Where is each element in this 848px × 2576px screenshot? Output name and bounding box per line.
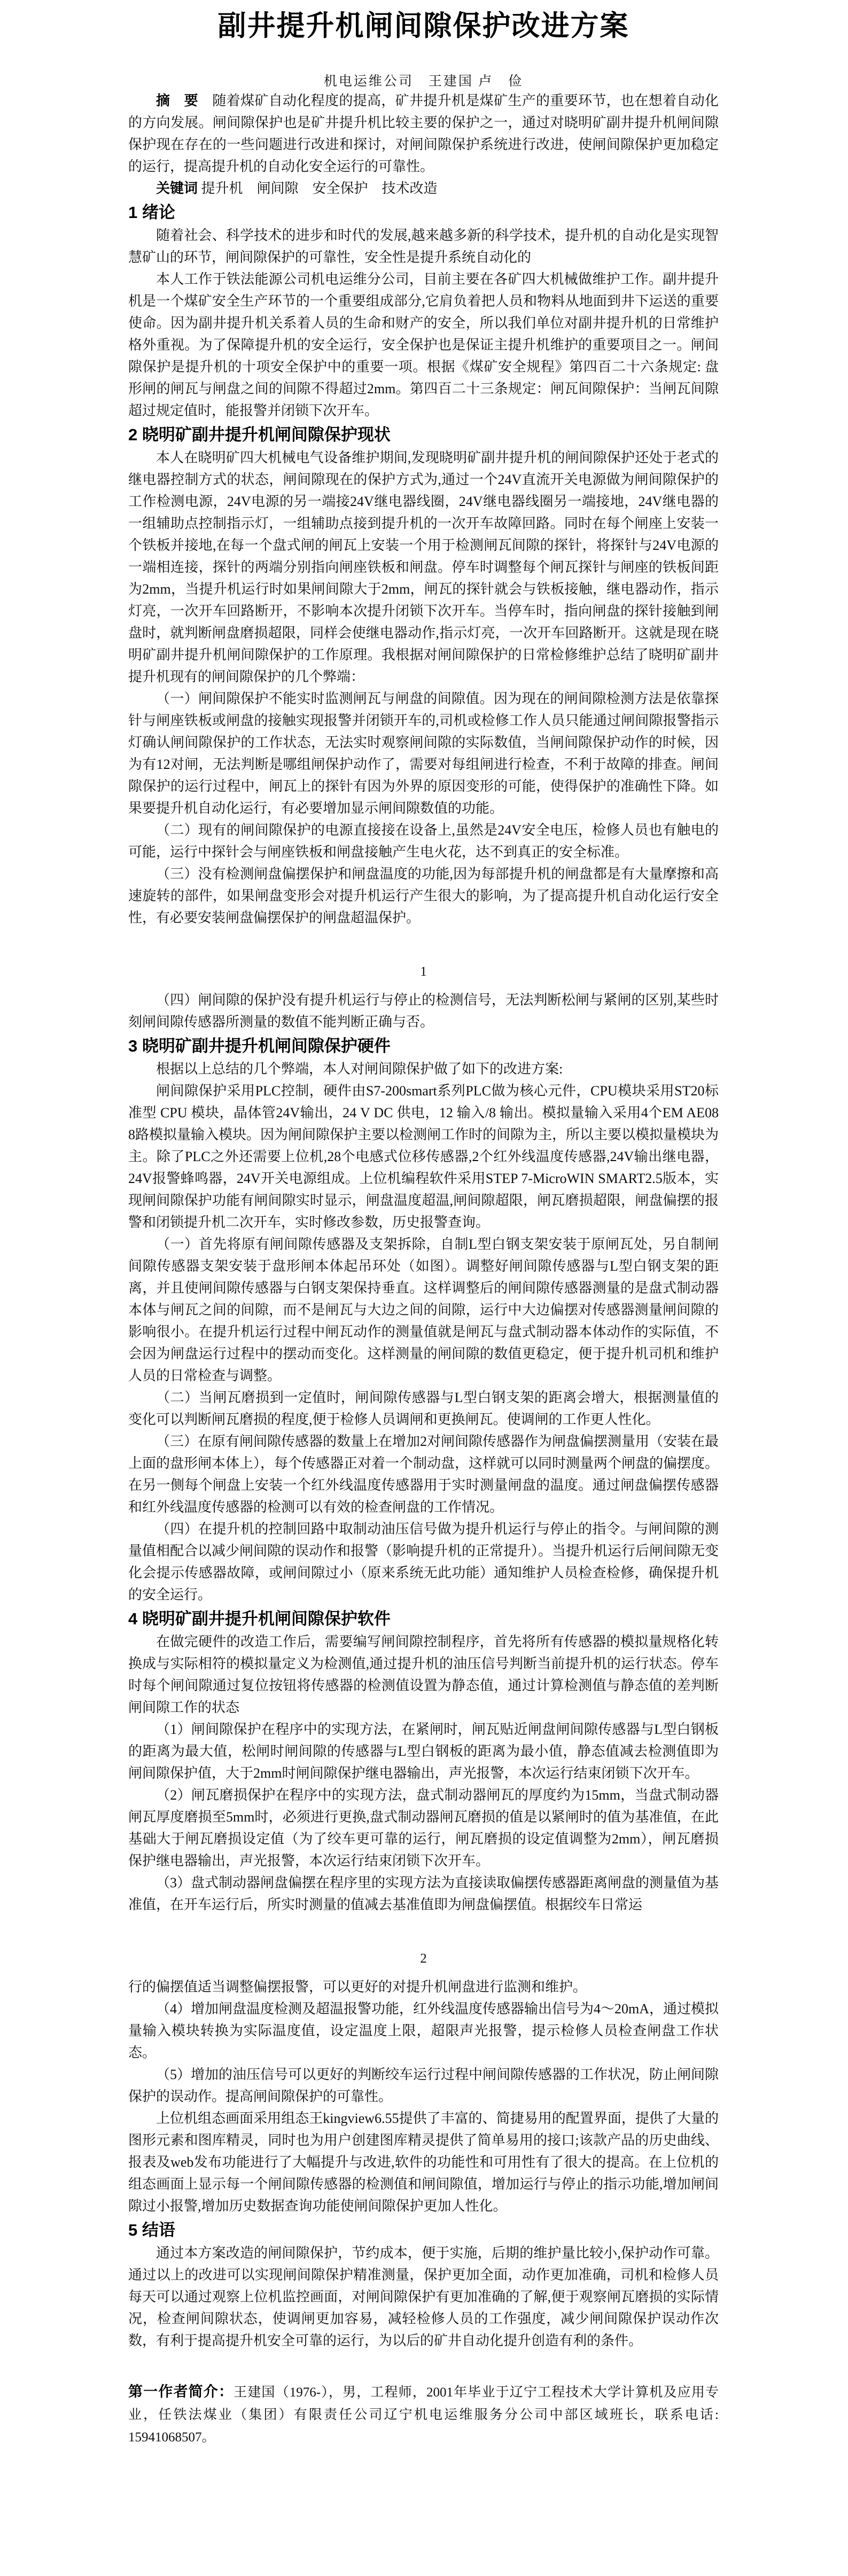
abstract-label: 摘 要 (156, 92, 198, 108)
paragraph: （三）在原有闸间隙传感器的数量上在增加2对闸间隙传感器作为闸盘偏摆测量用（安装在… (128, 1430, 719, 1518)
section-2-heading: 2 晓明矿副井提升机闸间隙保护现状 (128, 423, 719, 447)
paragraph: （一）闸间隙保护不能实时监测闸瓦与闸盘的间隙值。因为现在的闸间隙检测方法是依靠探… (128, 688, 719, 819)
paragraph: （二）当闸瓦磨损到一定值时，闸间隙传感器与L型白钢支架的距离会增大，根据测量值的… (128, 1387, 719, 1430)
paragraph: （4）增加闸盘温度检测及超温报警功能，红外线温度传感器输出信号为4～20mA，通… (128, 1998, 719, 2064)
paragraph: （四）在提升机的控制回路中取制动油压信号做为提升机运行与停止的指令。与闸间隙的测… (128, 1518, 719, 1606)
section-4-heading: 4 晓明矿副井提升机闸间隙保护软件 (128, 1607, 719, 1631)
keywords-line: 关键词 提升机 闸间隙 安全保护 技术改造 (128, 177, 719, 199)
author-bio: 第一作者简介：王建国（1976-），男，工程师，2001年毕业于辽宁工程技术大学… (128, 2380, 719, 2449)
paragraph: （1）闸间隙保护在程序中的实现方法，在紧闸时，闸瓦贴近闸盘闸间隙传感器与L型白钢… (128, 1718, 719, 1784)
section-5-heading: 5 结语 (128, 2218, 719, 2242)
paragraph: （四）闸间隙的保护没有提升机运行与停止的检测信号，无法判断松闸与紧闸的区别,某些… (128, 989, 719, 1033)
page-number-1: 1 (128, 961, 719, 983)
keywords-text: 提升机 闸间隙 安全保护 技术改造 (201, 181, 438, 196)
section-1-heading: 1 绪论 (128, 200, 719, 224)
paragraph: 通过本方案改造的闸间隙保护，节约成本，便于实施，后期的维护量比较小,保护动作可靠… (128, 2242, 719, 2352)
paragraph: 闸间隙保护采用PLC控制，硬件由S7-200smart系列PLC做为核心元件，C… (128, 1080, 719, 1233)
paragraph: 上位机组态画面采用组态王kingview6.55提供了丰富的、简捷易用的配置界面… (128, 2107, 719, 2217)
abstract-text: 随着煤矿自动化程度的提高，矿井提升机是煤矿生产的重要环节，也在想着自动化的方向发… (128, 93, 719, 174)
paragraph: （3）盘式制动器闸盘偏摆在程序里的实现方法为直接读取偏摆传感器距离闸盘的测量值为… (128, 1872, 719, 1916)
paragraph: 根据以上总结的几个弊端，本人对闸间隙保护做了如下的改进方案: (128, 1058, 719, 1080)
paragraph: 本人在晓明矿四大机械电气设备维护期间,发现晓明矿副井提升机的闸间隙保护还处于老式… (128, 447, 719, 688)
paragraph: 在做完硬件的改造工作后，需要编写闸间隙控制程序，首先将所有传感器的模拟量规格化转… (128, 1631, 719, 1718)
section-3-heading: 3 晓明矿副井提升机闸间隙保护硬件 (128, 1034, 719, 1058)
paragraph: 本人工作于铁法能源公司机电运维分公司，目前主要在各矿四大机械做维护工作。副井提升… (128, 268, 719, 422)
page-number-2: 2 (128, 1948, 719, 1970)
paragraph: （一）首先将原有闸间隙传感器及支架拆除，自制L型白钢支架安装于原闸瓦处，另自制闸… (128, 1233, 719, 1387)
document-page: 副井提升机闸间隙保护改进方案 机电运维公司 王建国 卢 俭 摘 要 随着煤矿自动… (0, 0, 848, 2576)
page-title: 副井提升机闸间隙保护改进方案 (128, 10, 719, 43)
paragraph: （2）闸瓦磨损保护在程序中的实现方法，盘式制动器闸瓦的厚度约为15mm，当盘式制… (128, 1784, 719, 1872)
paragraph: （二）现有的闸间隙保护的电源直接接在设备上,虽然是24V安全电压，检修人员也有触… (128, 819, 719, 863)
paragraph-continuation: 行的偏摆值适当调整偏摆报警，可以更好的对提升机闸盘进行监测和维护。 (128, 1976, 719, 1998)
abstract-paragraph: 摘 要 随着煤矿自动化程度的提高，矿井提升机是煤矿生产的重要环节，也在想着自动化… (128, 90, 719, 177)
author-bio-label: 第一作者简介： (128, 2384, 234, 2400)
paragraph: （5）增加的油压信号可以更好的判断绞车运行过程中闸间隙传感器的工作状况，防止闸间… (128, 2064, 719, 2107)
paragraph: （三）没有检测闸盘偏摆保护和闸盘温度的功能,因为每部提升机的闸盘都是有大量摩擦和… (128, 863, 719, 929)
paragraph: 随着社会、科学技术的进步和时代的发展,越来越多新的科学技术，提升机的自动化是实现… (128, 224, 719, 268)
author-line: 机电运维公司 王建国 卢 俭 (128, 74, 719, 90)
keywords-label: 关键词 (156, 180, 198, 196)
